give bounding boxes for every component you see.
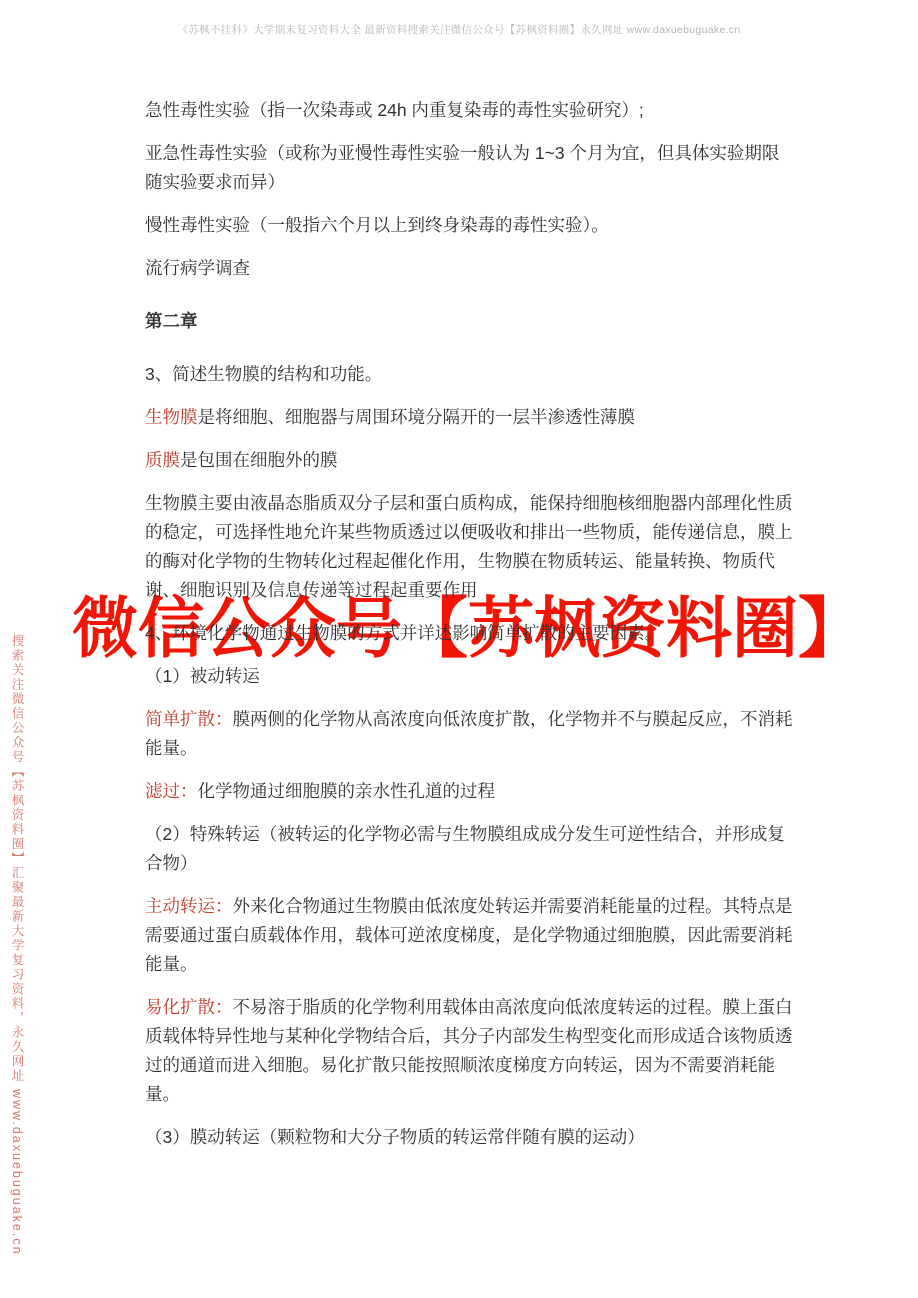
chapter-heading: 第二章 <box>145 307 795 336</box>
question-3: 3、简述生物膜的结构和功能。 <box>145 360 795 389</box>
paragraph-text: 4、环境化学物通过生物膜的方式并详述影响简单扩散的主要因素。 <box>145 623 662 643</box>
term-highlight: 主动转运： <box>145 896 233 916</box>
paragraph-text: （2）特殊转运（被转运的化学物必需与生物膜组成成分发生可逆性结合，并形成复合物） <box>145 824 785 873</box>
definition-plasma-membrane: 质膜是包围在细胞外的膜 <box>145 446 795 475</box>
paragraph-subacute-toxicity: 亚急性毒性实验（或称为亚慢性毒性实验一般认为 1~3 个月为宜，但具体实验期限随… <box>145 139 795 197</box>
term-highlight: 生物膜 <box>145 407 198 427</box>
term-highlight: 易化扩散： <box>145 997 233 1017</box>
definition-biomembrane: 生物膜是将细胞、细胞器与周围环境分隔开的一层半渗透性薄膜 <box>145 403 795 432</box>
term-highlight: 滤过： <box>145 781 198 801</box>
paragraph-text: （3）膜动转运（颗粒物和大分子物质的转运常伴随有膜的运动） <box>145 1127 645 1147</box>
definition-simple-diffusion: 简单扩散：膜两侧的化学物从高浓度向低浓度扩散，化学物并不与膜起反应，不消耗能量。 <box>145 705 795 763</box>
heading-text: 第二章 <box>145 311 198 331</box>
paragraph-membrane-structure: 生物膜主要由液晶态脂质双分子层和蛋白质构成，能保持细胞核细胞器内部理化性质的稳定… <box>145 489 795 605</box>
paragraph-text: 亚急性毒性实验（或称为亚慢性毒性实验一般认为 1~3 个月为宜，但具体实验期限随… <box>145 143 779 192</box>
item-membrane-movement-transport: （3）膜动转运（颗粒物和大分子物质的转运常伴随有膜的运动） <box>145 1123 795 1152</box>
paragraph-text: 外来化合物通过生物膜由低浓度处转运并需要消耗能量的过程。其特点是需要通过蛋白质载… <box>145 896 793 974</box>
term-highlight: 简单扩散： <box>145 709 233 729</box>
paragraph-acute-toxicity: 急性毒性实验（指一次染毒或 24h 内重复染毒的毒性实验研究）; <box>145 96 795 125</box>
paragraph-text: 慢性毒性实验（一般指六个月以上到终身染毒的毒性实验）。 <box>145 215 609 235</box>
definition-facilitated-diffusion: 易化扩散：不易溶于脂质的化学物利用载体由高浓度向低浓度转运的过程。膜上蛋白质载体… <box>145 993 795 1109</box>
paragraph-text: 流行病学调查 <box>145 258 250 278</box>
term-highlight: 质膜 <box>145 450 180 470</box>
paragraph-text: 急性毒性实验（指一次染毒或 24h 内重复染毒的毒性实验研究）; <box>145 100 644 120</box>
page-header-line: 《苏枫不挂科》大学期末复习资料大全 最新资料搜索关注微信公众号【苏枫资料圈】永久… <box>0 22 918 37</box>
item-passive-transport: （1）被动转运 <box>145 662 795 691</box>
paragraph-text: 是将细胞、细胞器与周围环境分隔开的一层半渗透性薄膜 <box>198 407 636 427</box>
paragraph-text: 化学物通过细胞膜的亲水性孔道的过程 <box>198 781 496 801</box>
paragraph-text: 不易溶于脂质的化学物利用载体由高浓度向低浓度转运的过程。膜上蛋白质载体特异性地与… <box>145 997 793 1104</box>
paragraph-text: （1）被动转运 <box>145 666 260 686</box>
item-special-transport: （2）特殊转运（被转运的化学物必需与生物膜组成成分发生可逆性结合，并形成复合物） <box>145 820 795 878</box>
document-page: { "page": { "header_line": "《苏枫不挂科》大学期末复… <box>0 0 918 1298</box>
definition-active-transport: 主动转运：外来化合物通过生物膜由低浓度处转运并需要消耗能量的过程。其特点是需要通… <box>145 892 795 979</box>
watermark-vertical-sidebar: 搜索关注微信公众号【苏枫资料圈】汇聚最新大学复习资料，永久网址 www.daxu… <box>8 634 26 1254</box>
definition-filtration: 滤过：化学物通过细胞膜的亲水性孔道的过程 <box>145 777 795 806</box>
paragraph-chronic-toxicity: 慢性毒性实验（一般指六个月以上到终身染毒的毒性实验）。 <box>145 211 795 240</box>
content-area: 急性毒性实验（指一次染毒或 24h 内重复染毒的毒性实验研究）; 亚急性毒性实验… <box>145 96 795 1166</box>
paragraph-text: 是包围在细胞外的膜 <box>180 450 338 470</box>
paragraph-epidemiology: 流行病学调查 <box>145 254 795 283</box>
paragraph-text: 3、简述生物膜的结构和功能。 <box>145 364 382 384</box>
question-4: 4、环境化学物通过生物膜的方式并详述影响简单扩散的主要因素。 <box>145 619 795 648</box>
paragraph-text: 生物膜主要由液晶态脂质双分子层和蛋白质构成，能保持细胞核细胞器内部理化性质的稳定… <box>145 493 793 600</box>
paragraph-text: 膜两侧的化学物从高浓度向低浓度扩散，化学物并不与膜起反应，不消耗能量。 <box>145 709 793 758</box>
